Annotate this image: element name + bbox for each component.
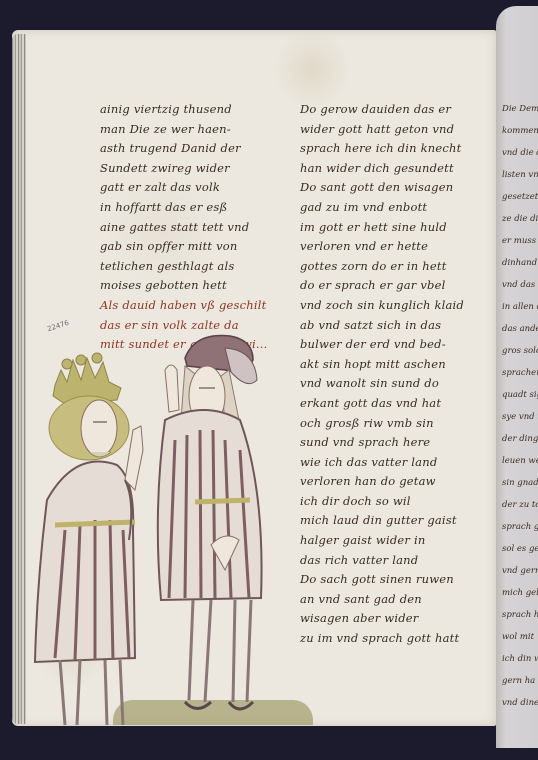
text-line: wisagen aber wider <box>300 609 495 629</box>
facing-text-line: dinhand lut <box>502 252 538 274</box>
text-line: bulwer der erd vnd bed- <box>300 335 495 355</box>
facing-text-line: vnd das vn <box>502 274 538 296</box>
facing-text-line: sprach gnad <box>502 516 538 538</box>
text-line: han wider dich gesundett <box>300 159 495 179</box>
text-line: ab vnd satzt sich in das <box>300 316 495 336</box>
text-line: man Die ze wer haen- <box>100 120 295 140</box>
text-line: gad zu im vnd enbott <box>300 198 495 218</box>
facing-text-line: das andere g <box>502 318 538 340</box>
text-line: ainig viertzig thusend <box>100 100 295 120</box>
text-line: halger gaist wider in <box>300 531 495 551</box>
text-line: vnd wanolt sin sund do <box>300 374 495 394</box>
text-line: aine gattes statt tett vnd <box>100 218 295 238</box>
text-line: an vnd sant gad den <box>300 590 495 610</box>
facing-text-line: der zu tod <box>502 494 538 516</box>
text-line: in hoffartt das er esß <box>100 198 295 218</box>
facing-text-line: mich gelobt <box>502 582 538 604</box>
facing-text-line: sye vnd tod <box>502 406 538 428</box>
facing-text-line: vnd die din <box>502 142 538 164</box>
text-line: sprach here ich din knecht <box>300 139 495 159</box>
manuscript-photo: Die Demuttkommen ungvnd die dinlisten vn… <box>0 0 538 760</box>
text-line: gatt er zalt das volk <box>100 178 295 198</box>
text-line: wie ich das vatter land <box>300 453 495 473</box>
facing-text-line: in allen dinge <box>502 296 538 318</box>
facing-text-line: sol es gern <box>502 538 538 560</box>
facing-text-line: er muss din <box>502 230 538 252</box>
text-line: das rich vatter land <box>300 551 495 571</box>
text-line: wider gott hatt geton vnd <box>300 120 495 140</box>
facing-text-line: sin gnad <box>502 472 538 494</box>
facing-text-line: der ding te <box>502 428 538 450</box>
facing-text-line: leuen welt <box>502 450 538 472</box>
left-text-column: ainig viertzig thusendman Die ze wer hae… <box>100 100 295 355</box>
facing-page-text: Die Demuttkommen ungvnd die dinlisten vn… <box>502 98 538 714</box>
text-line: gab sin opffer mitt von <box>100 237 295 257</box>
text-line: ich dir doch so wil <box>300 492 495 512</box>
facing-text-line: sprachen der <box>502 362 538 384</box>
facing-text-line: gern ha <box>502 670 538 692</box>
text-line: vnd zoch sin kunglich klaid <box>300 296 495 316</box>
facing-text-line: vnd dinen <box>502 692 538 714</box>
text-line: Do sach gott sinen ruwen <box>300 570 495 590</box>
facing-text-line: sprach habe <box>502 604 538 626</box>
facing-text-line: listen vnd w <box>502 164 538 186</box>
text-line: Do sant gott den wisagen <box>300 178 495 198</box>
facing-text-line: ich din wil <box>502 648 538 670</box>
text-line: och grosß riw vmb sin <box>300 414 495 434</box>
facing-text-line: quadt sigen <box>502 384 538 406</box>
facing-text-line: kommen ung <box>502 120 538 142</box>
text-line: erkant gott das vnd hat <box>300 394 495 414</box>
text-line: Do gerow dauiden das er <box>300 100 495 120</box>
facing-text-line: vnd gern <box>502 560 538 582</box>
prophet-gad-figure <box>158 335 262 709</box>
text-line: do er sprach er gar vbel <box>300 276 495 296</box>
king-david-figure <box>35 353 143 725</box>
text-line: verloren vnd er hette <box>300 237 495 257</box>
text-line: Sundett zwireg wider <box>100 159 295 179</box>
text-line: mich laud din gutter gaist <box>300 511 495 531</box>
text-line: zu im vnd sprach gott hatt <box>300 629 495 649</box>
facing-text-line: ze die din g <box>502 208 538 230</box>
text-line: moises gebotten hett <box>100 276 295 296</box>
text-line: sund vnd sprach here <box>300 433 495 453</box>
facing-text-line: gros solcher k <box>502 340 538 362</box>
text-line: akt sin hopt mitt aschen <box>300 355 495 375</box>
page-edges <box>12 34 26 724</box>
text-line: tetlichen gesthlagt als <box>100 257 295 277</box>
text-line: gottes zorn do er in hett <box>300 257 495 277</box>
right-text-column: Do gerow dauiden das erwider gott hatt g… <box>300 100 495 649</box>
facing-text-line: gesetzet din <box>502 186 538 208</box>
text-line: Als dauid haben vß geschilt <box>100 296 295 316</box>
facing-text-line: Die Demutt <box>502 98 538 120</box>
text-line: asth trugend Danid der <box>100 139 295 159</box>
facing-text-line: wol mit <box>502 626 538 648</box>
illustration <box>25 330 305 728</box>
text-line: im gott er hett sine huld <box>300 218 495 238</box>
text-line: verloren han do getaw <box>300 472 495 492</box>
